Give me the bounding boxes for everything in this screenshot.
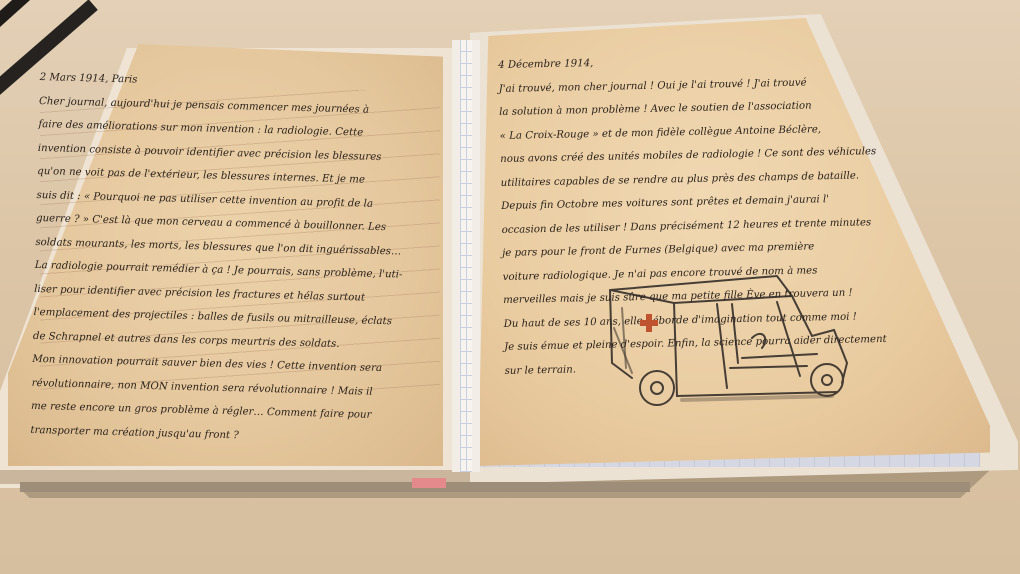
bookmark-ribbon <box>412 478 446 488</box>
gutter-grid-paper <box>460 40 472 472</box>
red-cross-icon <box>640 314 658 332</box>
ambulance-sketch <box>602 268 862 418</box>
journal-spine-bottom <box>20 482 970 492</box>
left-page-text: 2 Mars 1914, Paris Cher journal, aujourd… <box>30 66 407 451</box>
